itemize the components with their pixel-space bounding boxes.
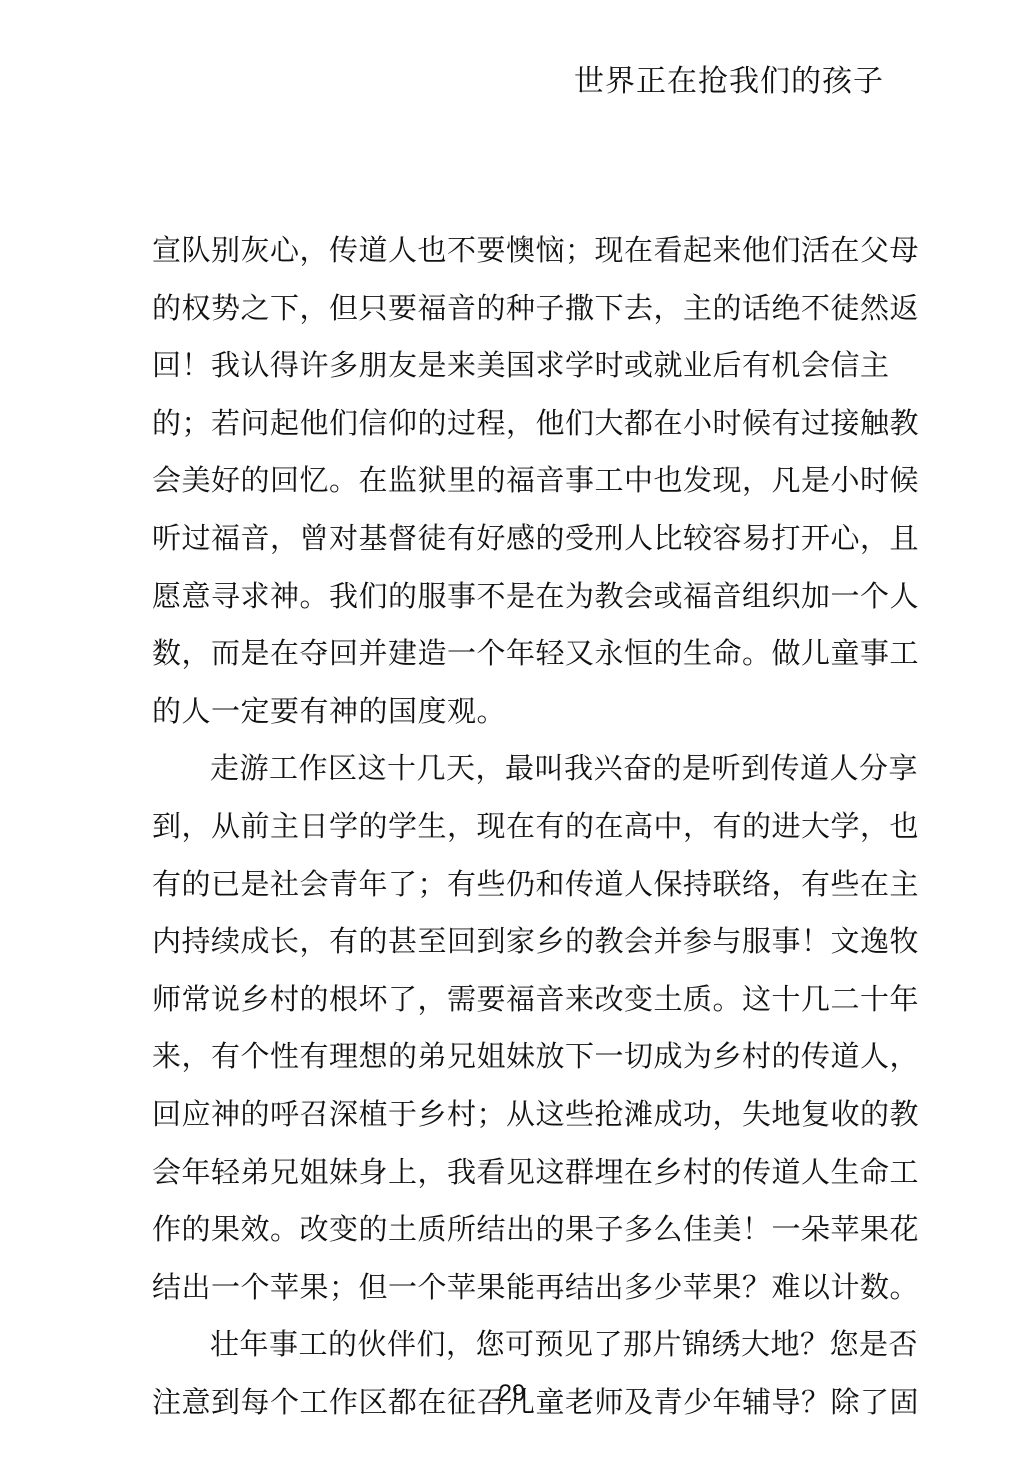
body-text: 宣队别灰心，传道人也不要懊恼；现在看起来他们活在父母 的权势之下，但只要福音的种…: [152, 222, 882, 1431]
text-line: 的权势之下，但只要福音的种子撒下去，主的话绝不徒然返: [152, 280, 882, 338]
paragraph-start-line: 壮年事工的伙伴们，您可预见了那片锦绣大地？您是否: [152, 1316, 882, 1374]
page-number: 29: [0, 1380, 1024, 1408]
running-head: 世界正在抢我们的孩子: [574, 56, 884, 100]
paragraph-start-line: 走游工作区这十几天，最叫我兴奋的是听到传道人分享: [152, 740, 882, 798]
text-line: 数，而是在夺回并建造一个年轻又永恒的生命。做儿童事工: [152, 625, 882, 683]
text-line: 的；若问起他们信仰的过程，他们大都在小时候有过接触教: [152, 395, 882, 453]
text-line: 师常说乡村的根坏了，需要福音来改变土质。这十几二十年: [152, 971, 882, 1029]
text-line: 结出一个苹果；但一个苹果能再结出多少苹果？难以计数。: [152, 1259, 882, 1317]
text-line: 有的已是社会青年了；有些仍和传道人保持联络，有些在主: [152, 856, 882, 914]
text-line: 会年轻弟兄姐妹身上，我看见这群埋在乡村的传道人生命工: [152, 1144, 882, 1202]
text-line: 作的果效。改变的土质所结出的果子多么佳美！一朵苹果花: [152, 1201, 882, 1259]
text-line: 愿意寻求神。我们的服事不是在为教会或福音组织加一个人: [152, 568, 882, 626]
text-line: 的人一定要有神的国度观。: [152, 683, 882, 741]
text-line: 到，从前主日学的学生，现在有的在高中，有的进大学，也: [152, 798, 882, 856]
text-line: 会美好的回忆。在监狱里的福音事工中也发现，凡是小时候: [152, 452, 882, 510]
text-line: 回！我认得许多朋友是来美国求学时或就业后有机会信主: [152, 337, 882, 395]
text-line: 内持续成长，有的甚至回到家乡的教会并参与服事！文逸牧: [152, 913, 882, 971]
text-line: 回应神的呼召深植于乡村；从这些抢滩成功，失地复收的教: [152, 1086, 882, 1144]
text-line: 听过福音，曾对基督徒有好感的受刑人比较容易打开心，且: [152, 510, 882, 568]
text-line: 宣队别灰心，传道人也不要懊恼；现在看起来他们活在父母: [152, 222, 882, 280]
text-line: 来，有个性有理想的弟兄姐妹放下一切成为乡村的传道人，: [152, 1028, 882, 1086]
